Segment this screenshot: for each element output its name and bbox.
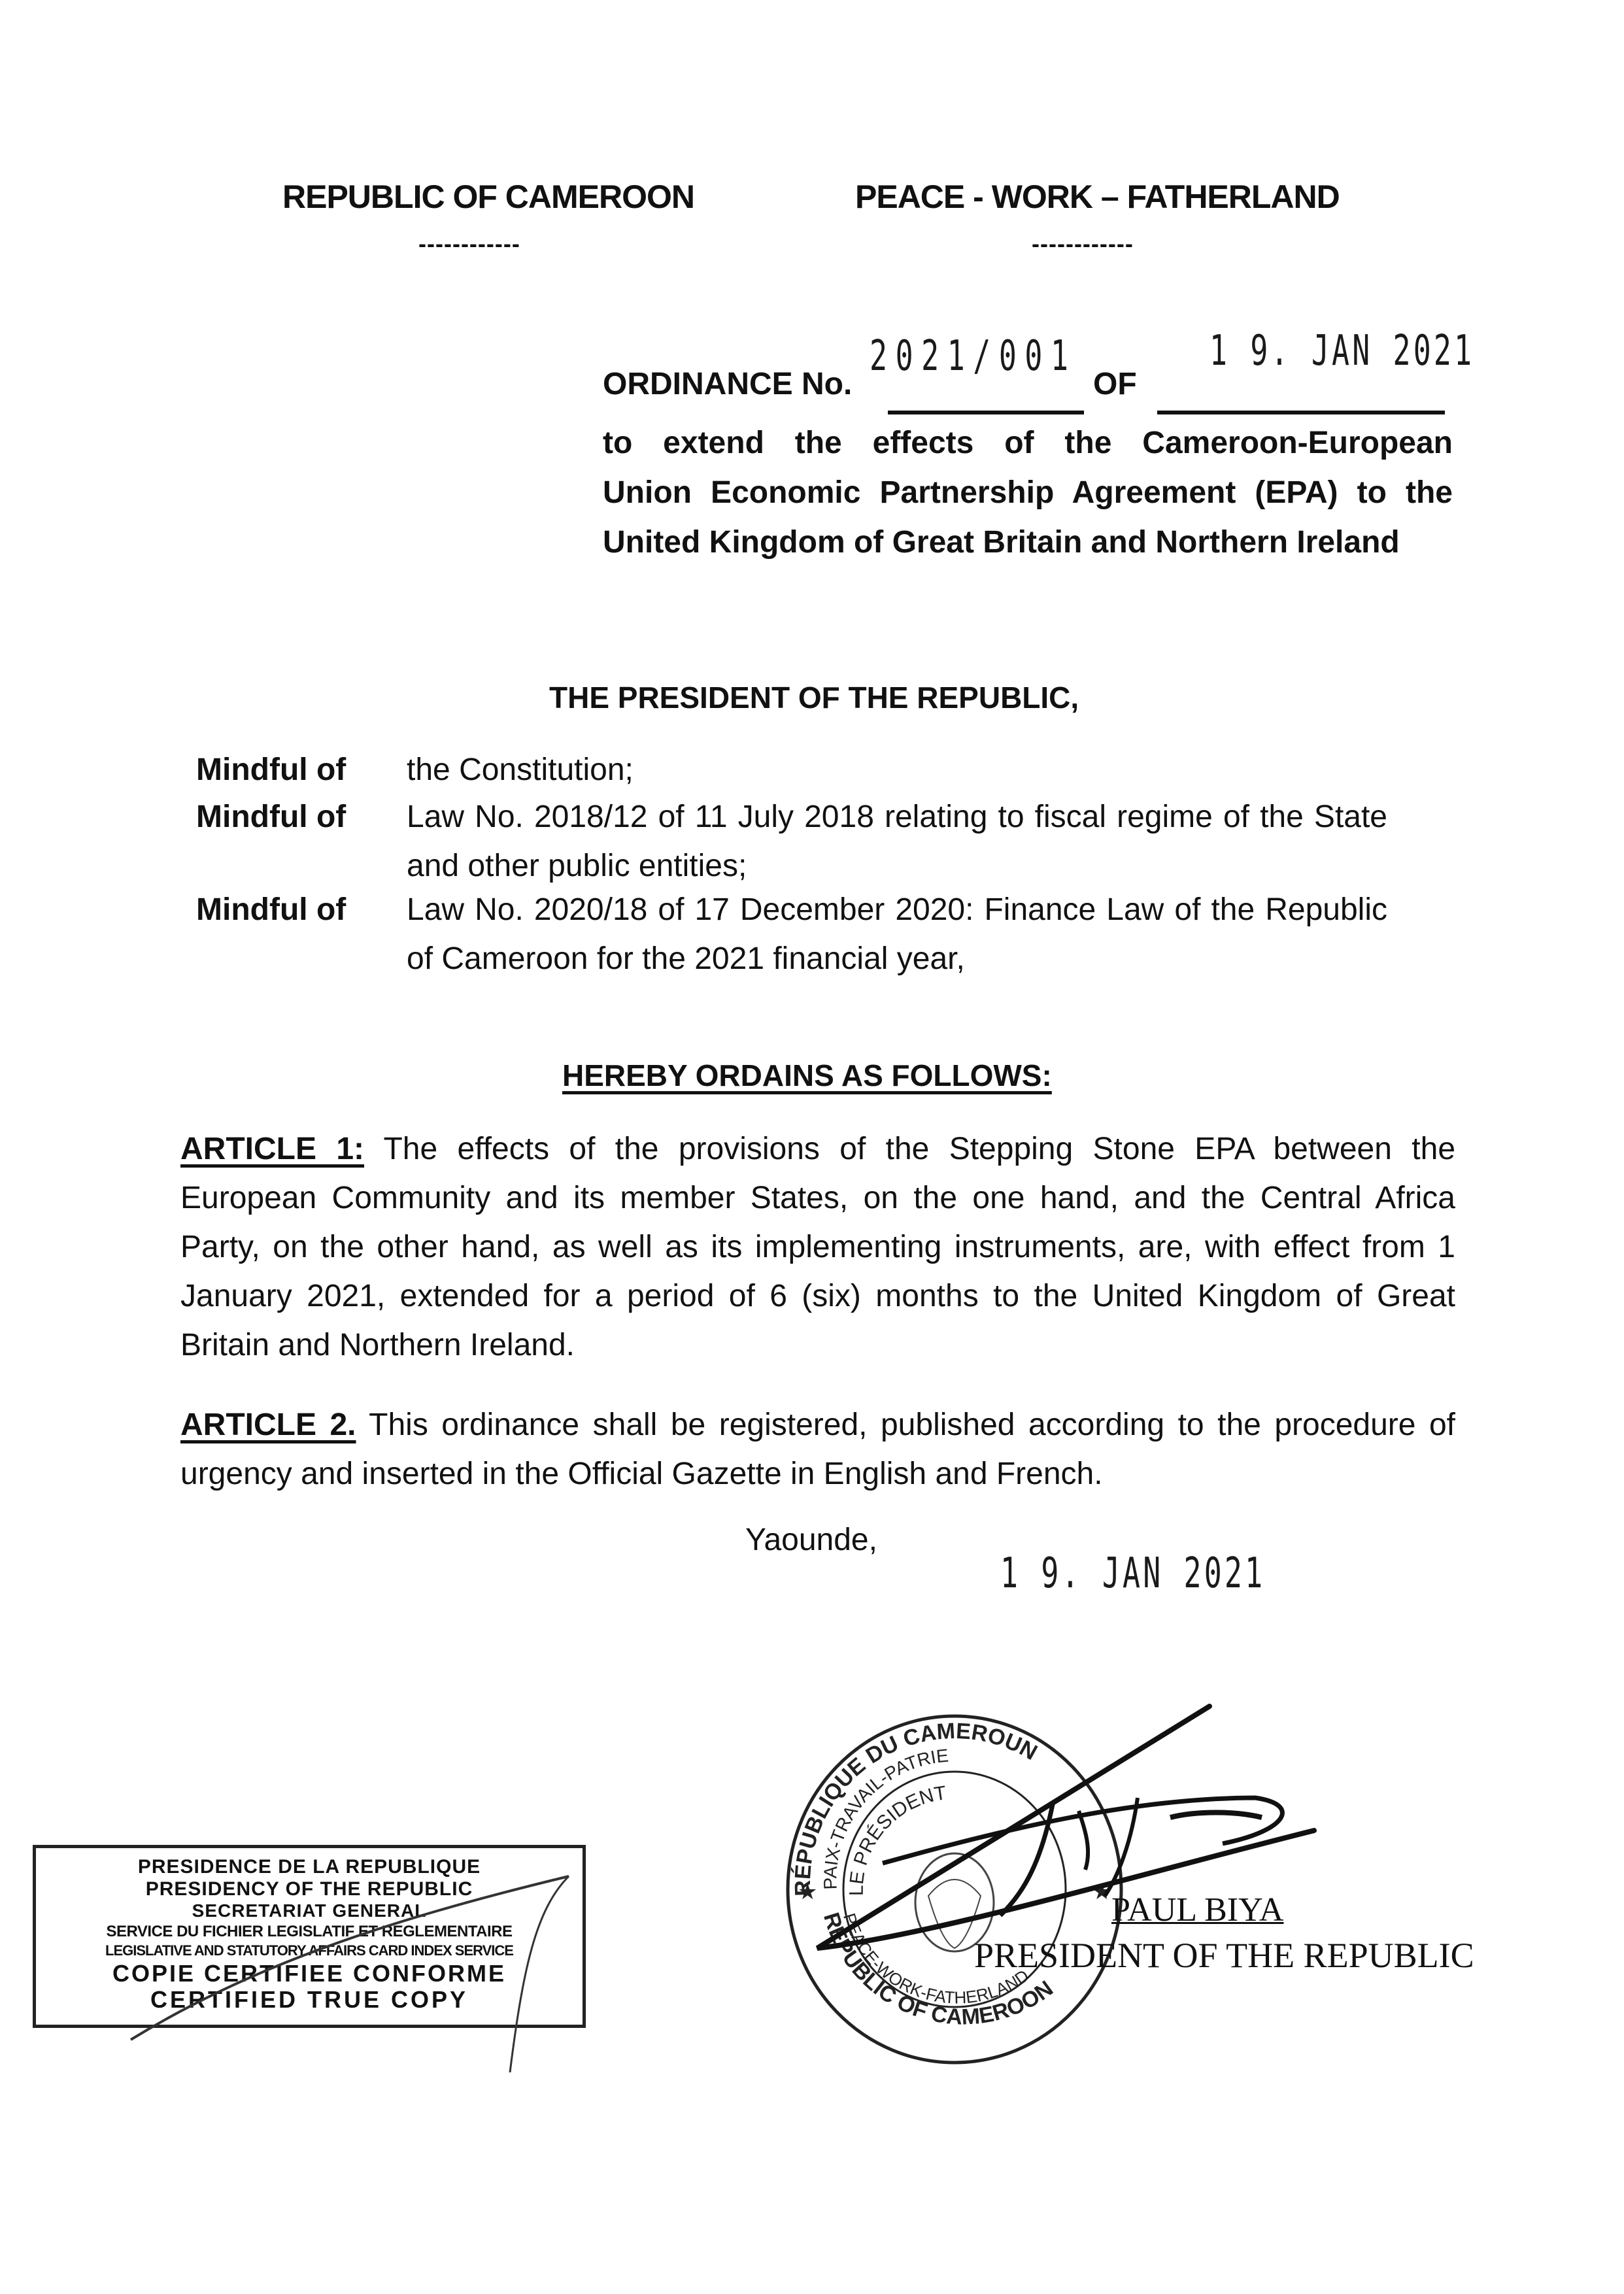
mindful-label: Mindful of (196, 885, 407, 983)
article-1: ARTICLE 1: The effects of the provisions… (180, 1124, 1455, 1370)
ordinance-number-stamp: 2021/001 (870, 332, 1077, 380)
mindful-text: Law No. 2020/18 of 17 December 2020: Fin… (407, 885, 1387, 983)
signatory-title: PRESIDENT OF THE REPUBLIC (974, 1935, 1474, 1976)
ordinance-title-line: Union Economic Partnership Agreement (EP… (603, 468, 1453, 518)
mindful-item: Mindful of Law No. 2018/12 of 11 July 20… (196, 792, 1387, 890)
ordinance-title: to extend the effects of the Cameroon-Eu… (603, 418, 1453, 567)
article-1-label: ARTICLE 1: (180, 1132, 364, 1166)
header-right-separator: ------------ (1032, 230, 1134, 258)
signoff-date-stamp: 1 9. JAN 2021 (1000, 1549, 1265, 1598)
header-country: REPUBLIC OF CAMEROON (282, 178, 694, 216)
signature-icon (804, 1700, 1425, 1974)
mindful-text: the Constitution; (407, 745, 1590, 794)
mindful-label: Mindful of (196, 745, 407, 794)
header-motto: PEACE - WORK – FATHERLAND (855, 178, 1340, 216)
ordinance-label: ORDINANCE No. (603, 366, 852, 402)
signatory-name: PAUL BIYA (1111, 1891, 1283, 1929)
mindful-text: Law No. 2018/12 of 11 July 2018 relating… (407, 792, 1387, 890)
document-page: { "header": { "left": "REPUBLIC OF CAMER… (0, 0, 1624, 2294)
ordinance-of-label: OF (1093, 366, 1137, 402)
ordains-heading: HEREBY ORDAINS AS FOLLOWS: (562, 1051, 1052, 1100)
mindful-item: Mindful of the Constitution; (196, 745, 1590, 794)
ordinance-date-stamp: 1 9. JAN 2021 (1210, 327, 1474, 375)
mindful-item: Mindful of Law No. 2020/18 of 17 Decembe… (196, 885, 1387, 983)
signoff-place: Yaounde, (745, 1515, 877, 1564)
article-2: ARTICLE 2. This ordinance shall be regis… (180, 1400, 1455, 1498)
article-2-text: This ordinance shall be registered, publ… (180, 1408, 1455, 1491)
mindful-label: Mindful of (196, 792, 407, 890)
header-left-separator: ------------ (418, 230, 520, 258)
initials-scribble-icon (39, 1863, 575, 2072)
ordinance-title-line: United Kingdom of Great Britain and Nort… (603, 518, 1453, 567)
preamble-heading: THE PRESIDENT OF THE REPUBLIC, (549, 680, 1079, 715)
article-2-label: ARTICLE 2. (180, 1408, 356, 1442)
ordinance-title-line: to extend the effects of the Cameroon-Eu… (603, 418, 1453, 468)
article-1-text: The effects of the provisions of the Ste… (180, 1132, 1455, 1362)
